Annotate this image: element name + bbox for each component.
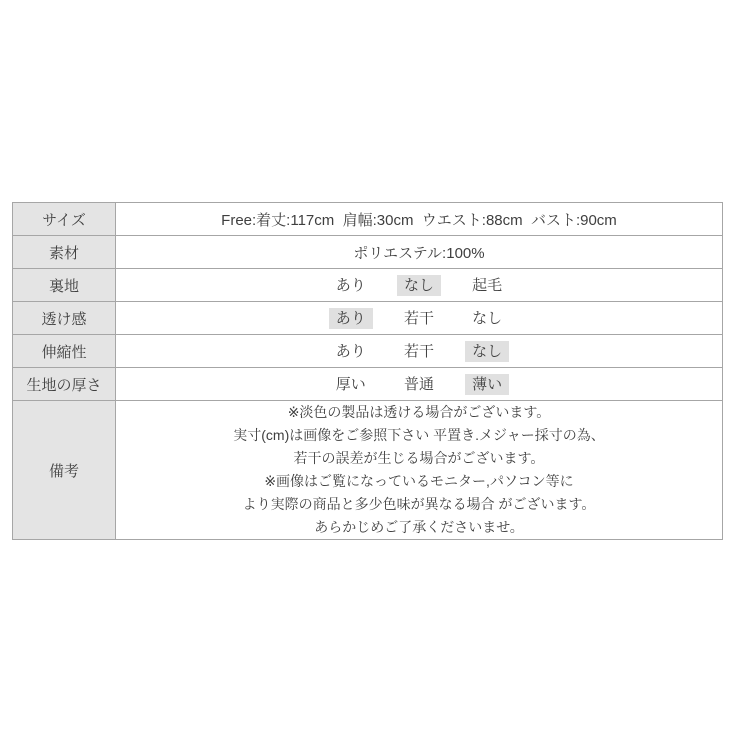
stretch-option-nashi: なし xyxy=(465,341,509,362)
row-label-thickness: 生地の厚さ xyxy=(13,368,116,401)
sheerness-option-jakkan: 若干 xyxy=(397,308,441,329)
thickness-option-atsui: 厚い xyxy=(329,374,373,395)
row-label-material: 素材 xyxy=(13,236,116,269)
note-line: 若干の誤差が生じる場合がございます。 xyxy=(116,447,722,470)
lining-options: あり なし 起毛 xyxy=(116,269,723,302)
row-label-size: サイズ xyxy=(13,203,116,236)
thickness-option-futsuu: 普通 xyxy=(397,374,441,395)
stretch-option-ari: あり xyxy=(329,341,373,362)
row-label-lining: 裏地 xyxy=(13,269,116,302)
note-line: あらかじめご了承くださいませ。 xyxy=(116,516,722,539)
note-line: 実寸(cm)は画像をご参照下さい 平置き.メジャー採寸の為、 xyxy=(116,424,722,447)
table-row-notes: 備考 ※淡色の製品は透ける場合がございます。 実寸(cm)は画像をご参照下さい … xyxy=(13,401,723,540)
lining-option-kimou: 起毛 xyxy=(465,275,509,296)
row-label-stretch: 伸縮性 xyxy=(13,335,116,368)
thickness-options: 厚い 普通 薄い xyxy=(116,368,723,401)
note-line: ※画像はご覧になっているモニター,パソコン等に xyxy=(116,470,722,493)
note-line: より実際の商品と多少色味が異なる場合 がございます。 xyxy=(116,493,722,516)
product-spec-table-wrap: サイズ Free:着丈:117cm 肩幅:30cm ウエスト:88cm バスト:… xyxy=(12,202,723,540)
table-row-stretch: 伸縮性 あり 若干 なし xyxy=(13,335,723,368)
sheerness-option-nashi: なし xyxy=(465,308,509,329)
table-row-sheerness: 透け感 あり 若干 なし xyxy=(13,302,723,335)
table-row-size: サイズ Free:着丈:117cm 肩幅:30cm ウエスト:88cm バスト:… xyxy=(13,203,723,236)
stretch-option-jakkan: 若干 xyxy=(397,341,441,362)
lining-option-ari: あり xyxy=(329,275,373,296)
size-value: Free:着丈:117cm 肩幅:30cm ウエスト:88cm バスト:90cm xyxy=(116,203,723,236)
row-label-notes: 備考 xyxy=(13,401,116,540)
table-row-lining: 裏地 あり なし 起毛 xyxy=(13,269,723,302)
table-row-material: 素材 ポリエステル:100% xyxy=(13,236,723,269)
lining-option-nashi: なし xyxy=(397,275,441,296)
thickness-option-usui: 薄い xyxy=(465,374,509,395)
product-spec-table: サイズ Free:着丈:117cm 肩幅:30cm ウエスト:88cm バスト:… xyxy=(12,202,723,540)
sheerness-options: あり 若干 なし xyxy=(116,302,723,335)
table-row-thickness: 生地の厚さ 厚い 普通 薄い xyxy=(13,368,723,401)
notes-cell: ※淡色の製品は透ける場合がございます。 実寸(cm)は画像をご参照下さい 平置き… xyxy=(116,401,723,540)
sheerness-option-ari: あり xyxy=(329,308,373,329)
note-line: ※淡色の製品は透ける場合がございます。 xyxy=(116,401,722,424)
stretch-options: あり 若干 なし xyxy=(116,335,723,368)
material-value: ポリエステル:100% xyxy=(116,236,723,269)
row-label-sheerness: 透け感 xyxy=(13,302,116,335)
